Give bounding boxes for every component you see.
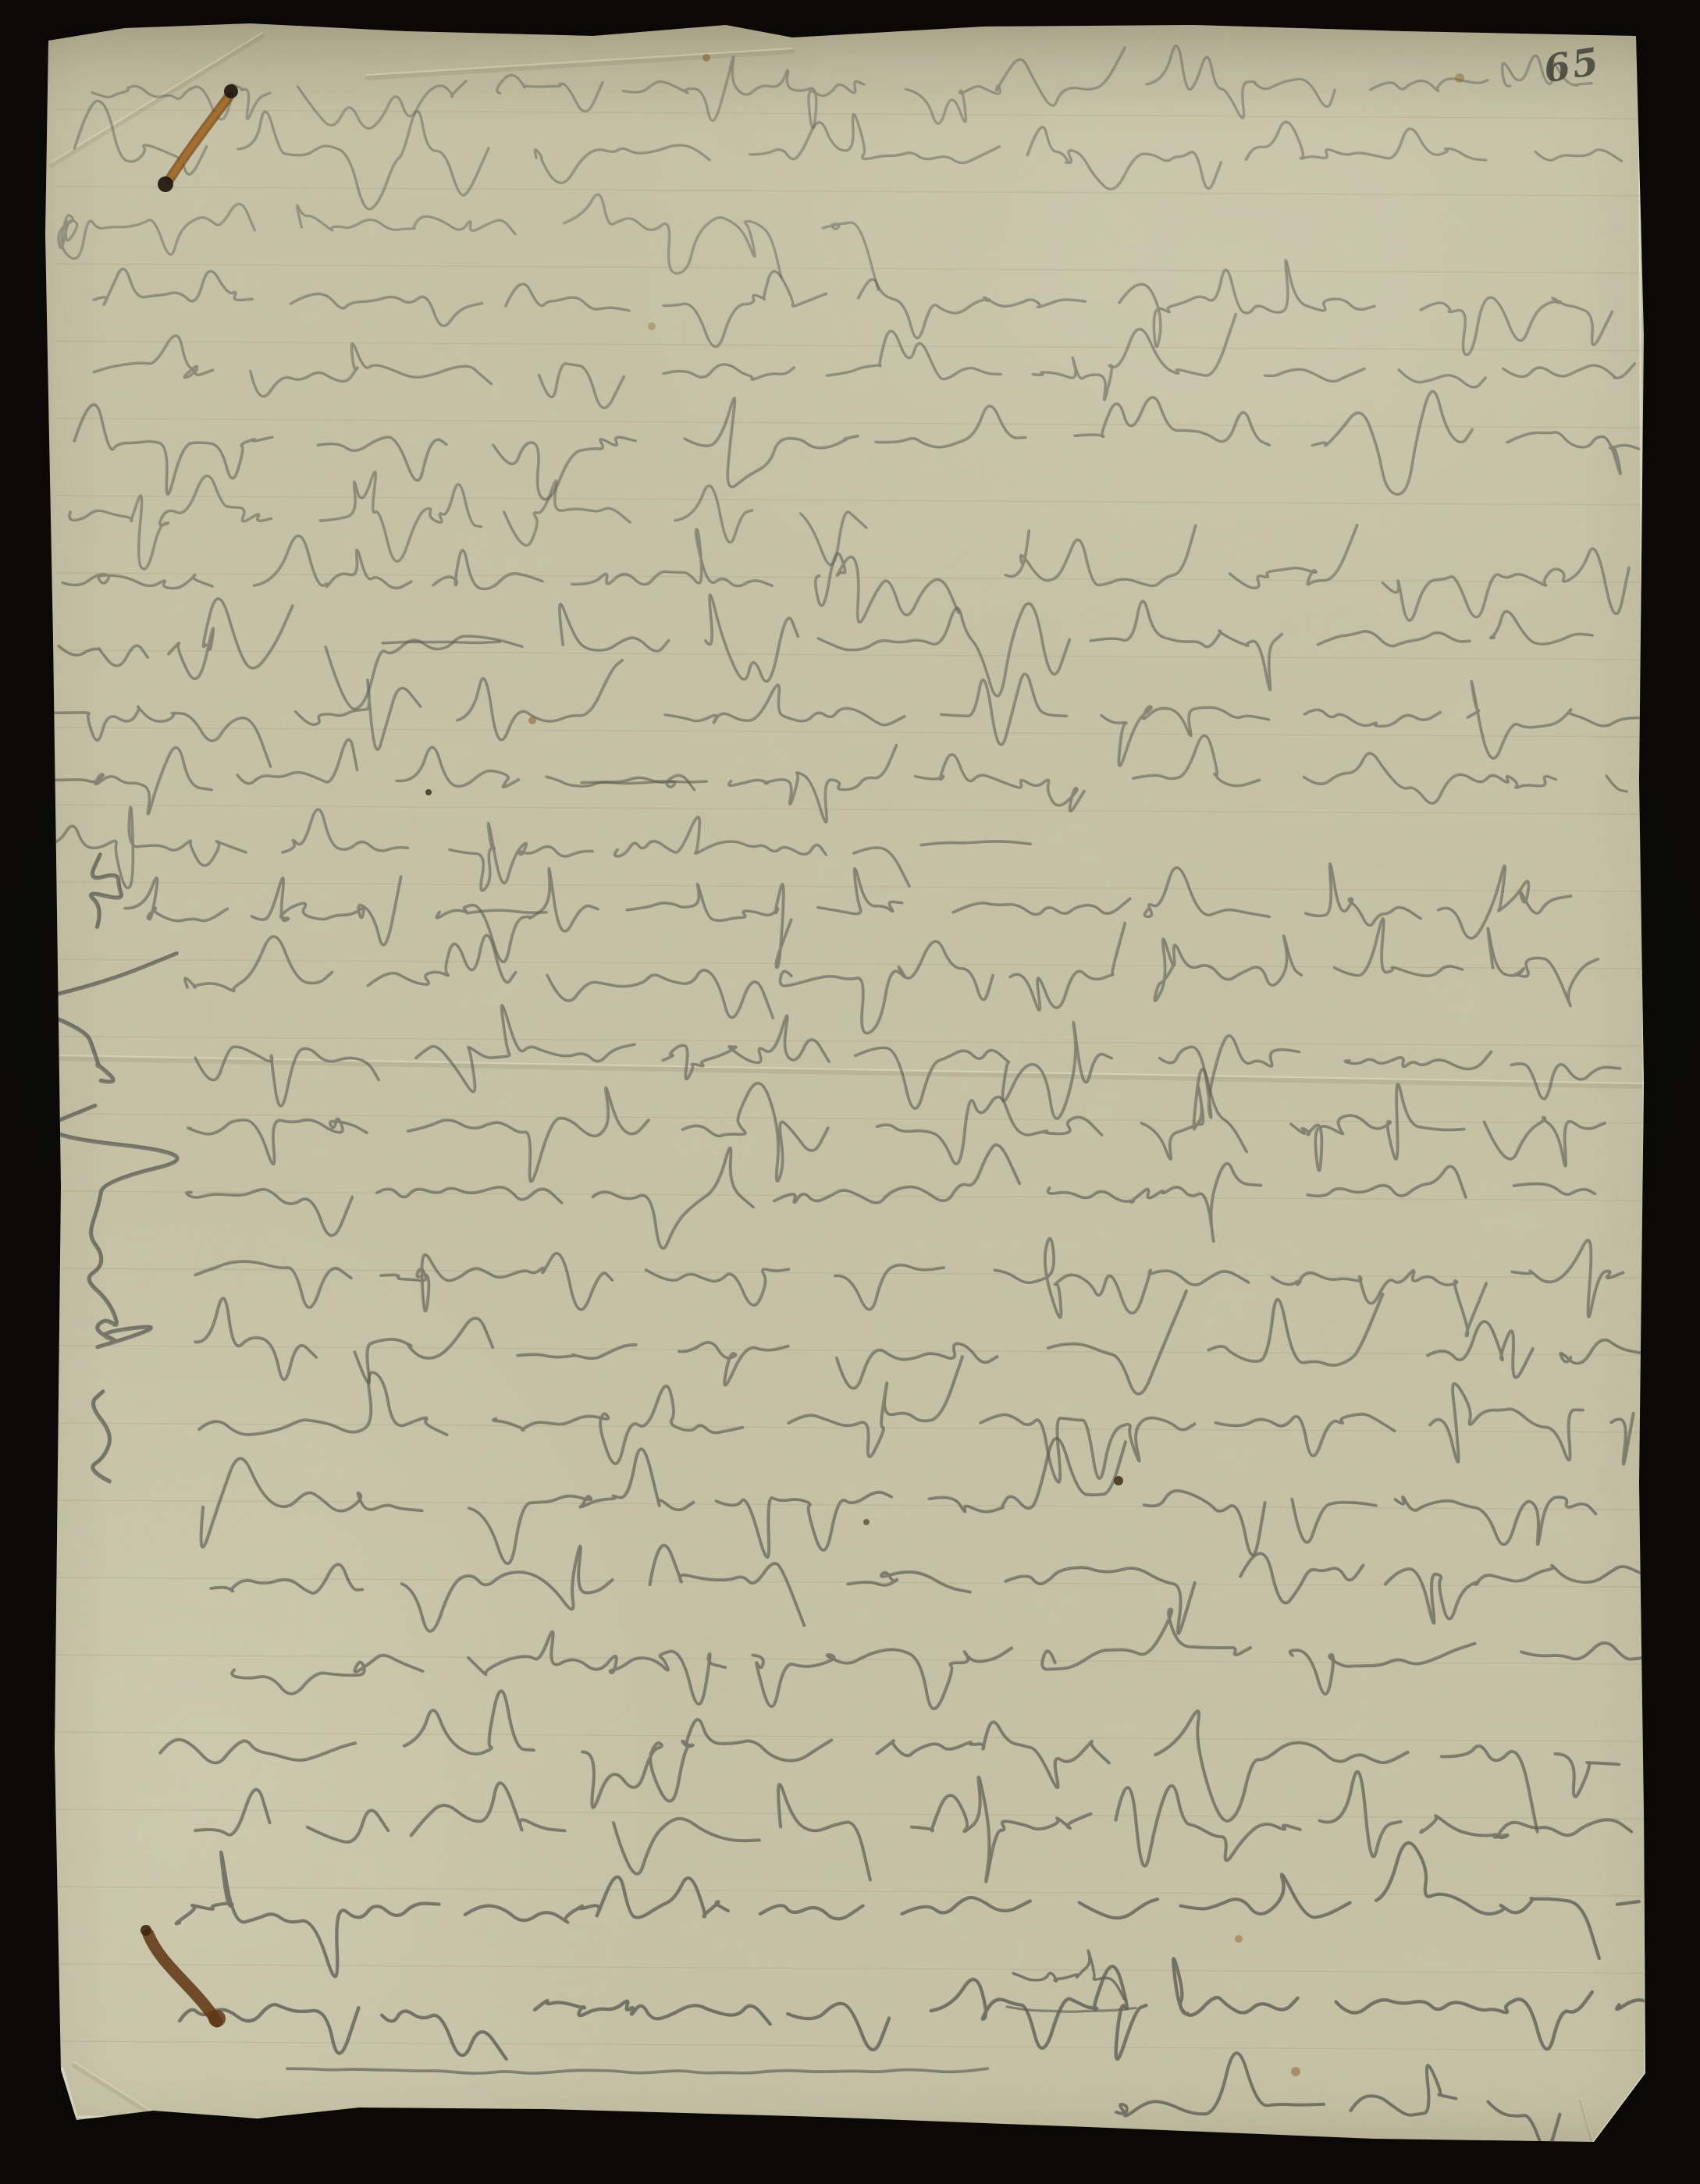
- page-render-layer: [0, 0, 1700, 2184]
- manuscript-page: 65: [0, 0, 1700, 2184]
- scanner-background: 65: [0, 0, 1700, 2184]
- page-number: 65: [1541, 40, 1604, 92]
- paper-grain-texture: [0, 0, 1700, 2184]
